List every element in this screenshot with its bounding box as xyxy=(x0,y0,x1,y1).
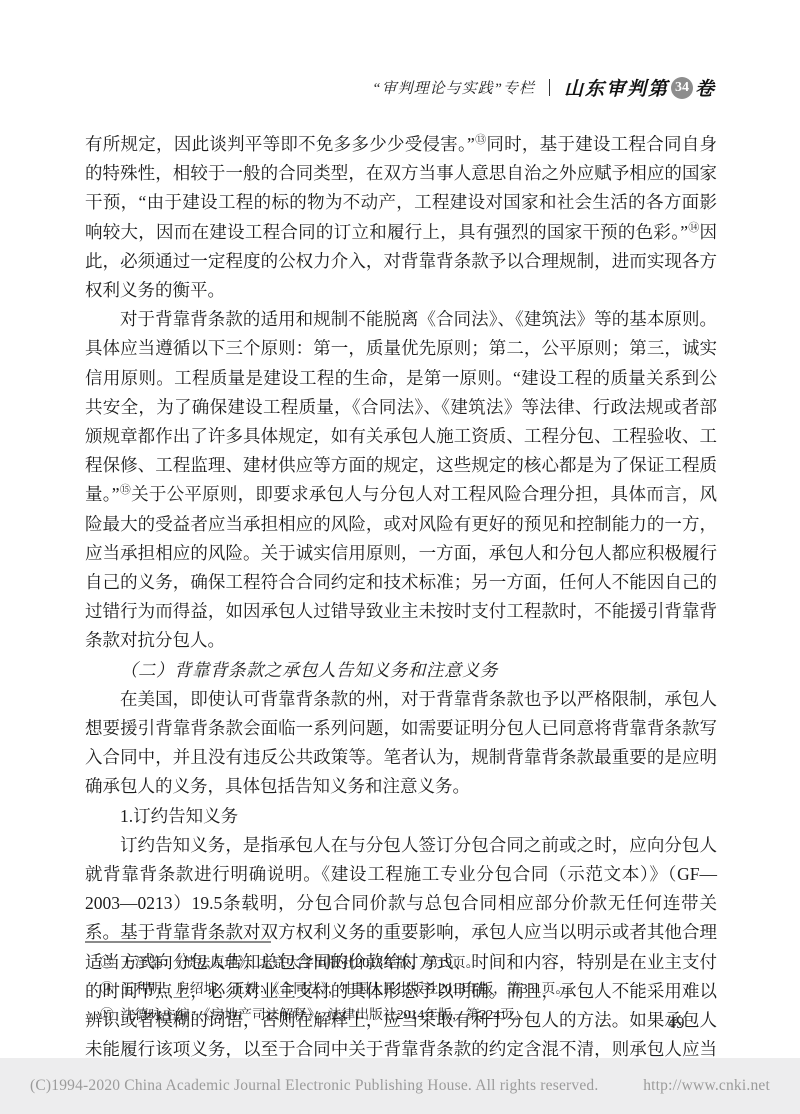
footnote-marker: ⑭ xyxy=(100,981,114,996)
footnote-item: ⑭王利明、房绍坤、王轶：《合同法》，中国人民出版社2013年版，第331页。 xyxy=(100,976,716,1002)
footnote-marker: ⑮ xyxy=(100,1007,114,1022)
footnote-item: ⑬王泽鉴：《债法原理》，北京大学出版社2013年版，第19页。 xyxy=(100,950,716,976)
journal-title: 山东审判第34卷 xyxy=(564,74,716,101)
section-heading: （二）背靠背条款之承包人告知义务和注意义务 xyxy=(85,656,717,685)
footnotes: ⑬王泽鉴：《债法原理》，北京大学出版社2013年版，第19页。⑭王利明、房绍坤、… xyxy=(100,950,716,1028)
footnote-text: 王利明、房绍坤、王轶：《合同法》，中国人民出版社2013年版，第331页。 xyxy=(121,981,569,996)
footnote-ref: ⑭ xyxy=(688,222,700,234)
footer-url: http://www.cnki.net xyxy=(643,1077,770,1095)
footnote-item: ⑮沈德咏主编：《房地产司法解释》，法律出版社2014年版，第224页。 xyxy=(100,1002,716,1028)
paragraph-principles: 对于背靠背条款的适用和规制不能脱离《合同法》、《建筑法》等的基本原则。具体应当遵… xyxy=(85,305,717,655)
footnote-ref: ⑬ xyxy=(475,134,487,146)
volume-badge: 34 xyxy=(671,77,693,99)
footnote-divider xyxy=(85,941,271,943)
journal-title-suffix: 卷 xyxy=(695,74,716,101)
footer-bar: (C)1994-2020 China Academic Journal Elec… xyxy=(0,1058,800,1114)
header-divider xyxy=(549,79,550,96)
footnote-text: 沈德咏主编：《房地产司法解释》，法律出版社2014年版，第224页。 xyxy=(121,1007,528,1022)
footnote-marker: ⑬ xyxy=(100,955,114,970)
subsection-heading: 1.订约告知义务 xyxy=(85,802,717,831)
paragraph-us-states: 在美国，即使认可背靠背条款的州，对于背靠背条款也予以严格限制，承包人想要援引背靠… xyxy=(85,685,717,802)
footnote-ref: ⑮ xyxy=(120,485,132,497)
column-label: “审判理论与实践”专栏 xyxy=(372,77,535,98)
page-header: “审判理论与实践”专栏 山东审判第34卷 xyxy=(0,74,716,101)
journal-title-prefix: 山东审判第 xyxy=(564,74,669,101)
page-number: 49 xyxy=(668,1013,685,1033)
footnote-text: 王泽鉴：《债法原理》，北京大学出版社2013年版，第19页。 xyxy=(121,955,480,970)
document-page: “审判理论与实践”专栏 山东审判第34卷 有所规定，因此谈判平等即不免多多少少受… xyxy=(0,0,800,1114)
footer-copyright: (C)1994-2020 China Academic Journal Elec… xyxy=(30,1077,598,1095)
paragraph-continuation: 有所规定，因此谈判平等即不免多多少少受侵害。”⑬同时，基于建设工程合同自身的特殊… xyxy=(85,130,717,305)
